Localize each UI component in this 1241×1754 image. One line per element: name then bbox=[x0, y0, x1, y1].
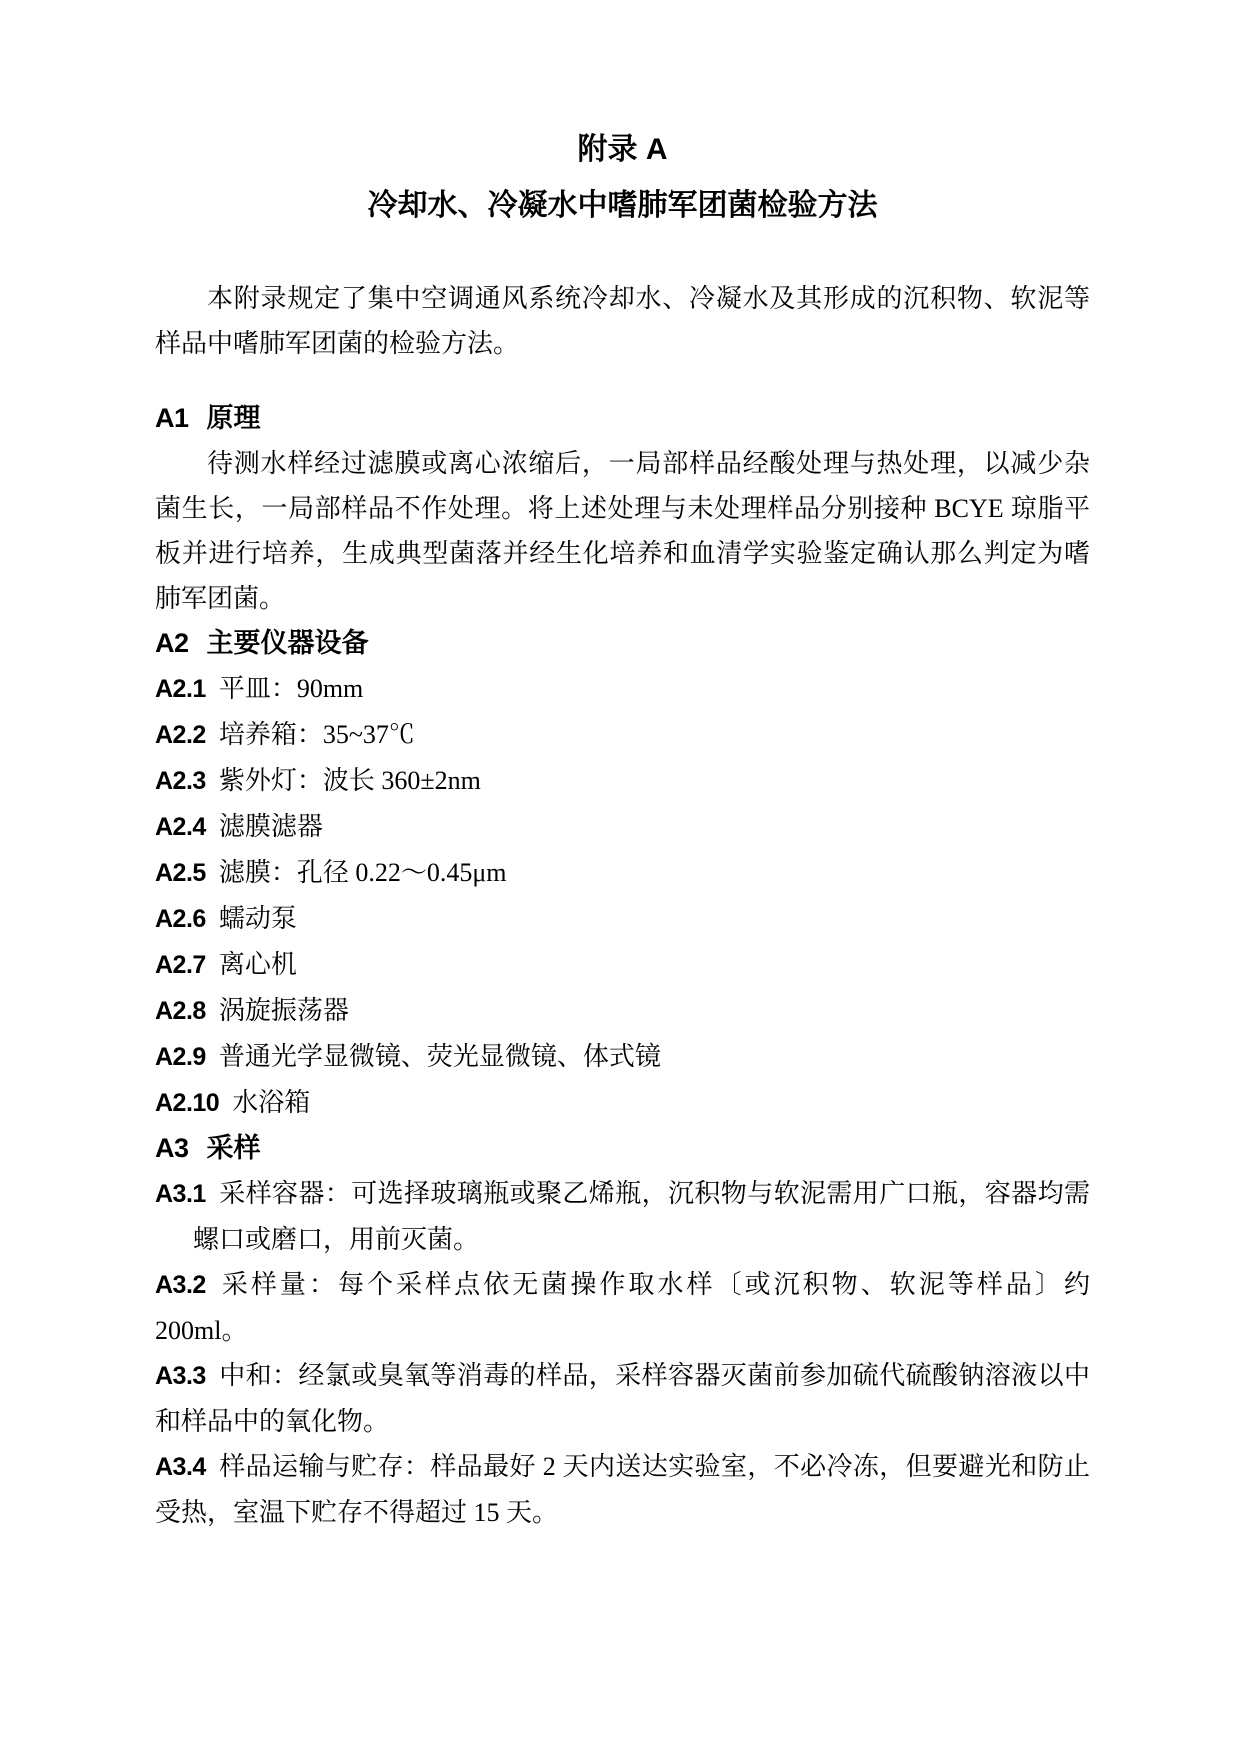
sections: A1原理待测水样经过滤膜或离心浓缩后，一局部样品经酸处理与热处理，以减少杂菌生长… bbox=[155, 396, 1090, 1535]
list-item-A3.4: A3.4样品运输与贮存：样品最好 2 天内送达实验室，不必冷冻，但要避光和防止受… bbox=[155, 1444, 1090, 1535]
item-text: 平皿：90mm bbox=[219, 674, 363, 703]
list-item-A3.2: A3.2采样量：每个采样点依无菌操作取水样〔或沉积物、软泥等样品〕约 200ml… bbox=[155, 1262, 1090, 1353]
item-text: 培养箱：35~37℃ bbox=[219, 720, 415, 749]
item-label: A3.3 bbox=[155, 1362, 206, 1390]
item-text: 中和：经氯或臭氧等消毒的样品，采样容器灭菌前参加硫代硫酸钠溶液以中和样品中的氧化… bbox=[155, 1361, 1090, 1436]
item-label: A2.3 bbox=[155, 767, 206, 795]
section-A2: A2主要仪器设备A2.1平皿：90mmA2.2培养箱：35~37℃A2.3紫外灯… bbox=[155, 621, 1090, 1126]
item-text: 蠕动泵 bbox=[219, 904, 297, 933]
item-text: 采样容器：可选择玻璃瓶或聚乙烯瓶，沉积物与软泥需用广口瓶，容器均需螺口或磨口，用… bbox=[193, 1179, 1090, 1254]
item-label: A2.8 bbox=[155, 997, 206, 1025]
list-item-A2.6: A2.6蠕动泵 bbox=[155, 896, 1090, 942]
section-A3: A3采样A3.1采样容器：可选择玻璃瓶或聚乙烯瓶，沉积物与软泥需用广口瓶，容器均… bbox=[155, 1126, 1090, 1535]
section-heading-A1: A1原理 bbox=[155, 396, 1090, 441]
list-item-A2.10: A2.10水浴箱 bbox=[155, 1080, 1090, 1126]
list-item-A2.1: A2.1平皿：90mm bbox=[155, 666, 1090, 712]
list-item-A2.3: A2.3紫外灯：波长 360±2nm bbox=[155, 758, 1090, 804]
item-label: A2.7 bbox=[155, 951, 206, 979]
item-text: 涡旋振荡器 bbox=[219, 996, 349, 1025]
page-title: 附录 A bbox=[155, 128, 1090, 172]
item-label: A2.9 bbox=[155, 1043, 206, 1071]
section-heading-text: 原理 bbox=[207, 403, 261, 433]
list-item-A2.9: A2.9普通光学显微镜、荧光显微镜、体式镜 bbox=[155, 1034, 1090, 1080]
list-item-A3.1: A3.1采样容器：可选择玻璃瓶或聚乙烯瓶，沉积物与软泥需用广口瓶，容器均需螺口或… bbox=[155, 1171, 1090, 1262]
item-text: 水浴箱 bbox=[232, 1088, 310, 1117]
section-heading-text: 采样 bbox=[207, 1133, 261, 1163]
item-text: 样品运输与贮存：样品最好 2 天内送达实验室，不必冷冻，但要避光和防止受热，室温… bbox=[155, 1452, 1090, 1527]
item-text: 滤膜：孔径 0.22～0.45μm bbox=[219, 858, 507, 887]
item-label: A2.6 bbox=[155, 905, 206, 933]
intro-paragraph: 本附录规定了集中空调通风系统冷却水、冷凝水及其形成的沉积物、软泥等样品中嗜肺军团… bbox=[155, 276, 1090, 366]
item-label: A2.10 bbox=[155, 1089, 219, 1117]
page-subtitle: 冷却水、冷凝水中嗜肺军团菌检验方法 bbox=[155, 184, 1090, 228]
item-label: A3.1 bbox=[155, 1180, 206, 1208]
paragraph: 待测水样经过滤膜或离心浓缩后，一局部样品经酸处理与热处理，以减少杂菌生长，一局部… bbox=[155, 441, 1090, 621]
item-label: A2.4 bbox=[155, 813, 206, 841]
list-item-A2.2: A2.2培养箱：35~37℃ bbox=[155, 712, 1090, 758]
item-label: A3.4 bbox=[155, 1453, 206, 1481]
section-label: A3 bbox=[155, 1133, 189, 1163]
section-heading-A2: A2主要仪器设备 bbox=[155, 621, 1090, 666]
list-item-A2.4: A2.4滤膜滤器 bbox=[155, 804, 1090, 850]
list-item-A2.8: A2.8涡旋振荡器 bbox=[155, 988, 1090, 1034]
item-text: 离心机 bbox=[219, 950, 297, 979]
section-label: A2 bbox=[155, 628, 189, 658]
document-page: 附录 A 冷却水、冷凝水中嗜肺军团菌检验方法 本附录规定了集中空调通风系统冷却水… bbox=[0, 0, 1241, 1754]
item-label: A3.2 bbox=[155, 1271, 206, 1299]
item-text: 紫外灯：波长 360±2nm bbox=[219, 766, 481, 795]
section-A1: A1原理待测水样经过滤膜或离心浓缩后，一局部样品经酸处理与热处理，以减少杂菌生长… bbox=[155, 396, 1090, 621]
section-heading-A3: A3采样 bbox=[155, 1126, 1090, 1171]
list-item-A2.5: A2.5滤膜：孔径 0.22～0.45μm bbox=[155, 850, 1090, 896]
item-text: 普通光学显微镜、荧光显微镜、体式镜 bbox=[219, 1042, 661, 1071]
list-item-A2.7: A2.7离心机 bbox=[155, 942, 1090, 988]
item-label: A2.5 bbox=[155, 859, 206, 887]
item-label: A2.1 bbox=[155, 675, 206, 703]
list-item-A3.3: A3.3中和：经氯或臭氧等消毒的样品，采样容器灭菌前参加硫代硫酸钠溶液以中和样品… bbox=[155, 1353, 1090, 1444]
item-text: 滤膜滤器 bbox=[219, 812, 323, 841]
item-text: 采样量：每个采样点依无菌操作取水样〔或沉积物、软泥等样品〕约 200ml。 bbox=[155, 1270, 1090, 1345]
section-label: A1 bbox=[155, 403, 189, 433]
section-heading-text: 主要仪器设备 bbox=[207, 628, 369, 658]
item-label: A2.2 bbox=[155, 721, 206, 749]
